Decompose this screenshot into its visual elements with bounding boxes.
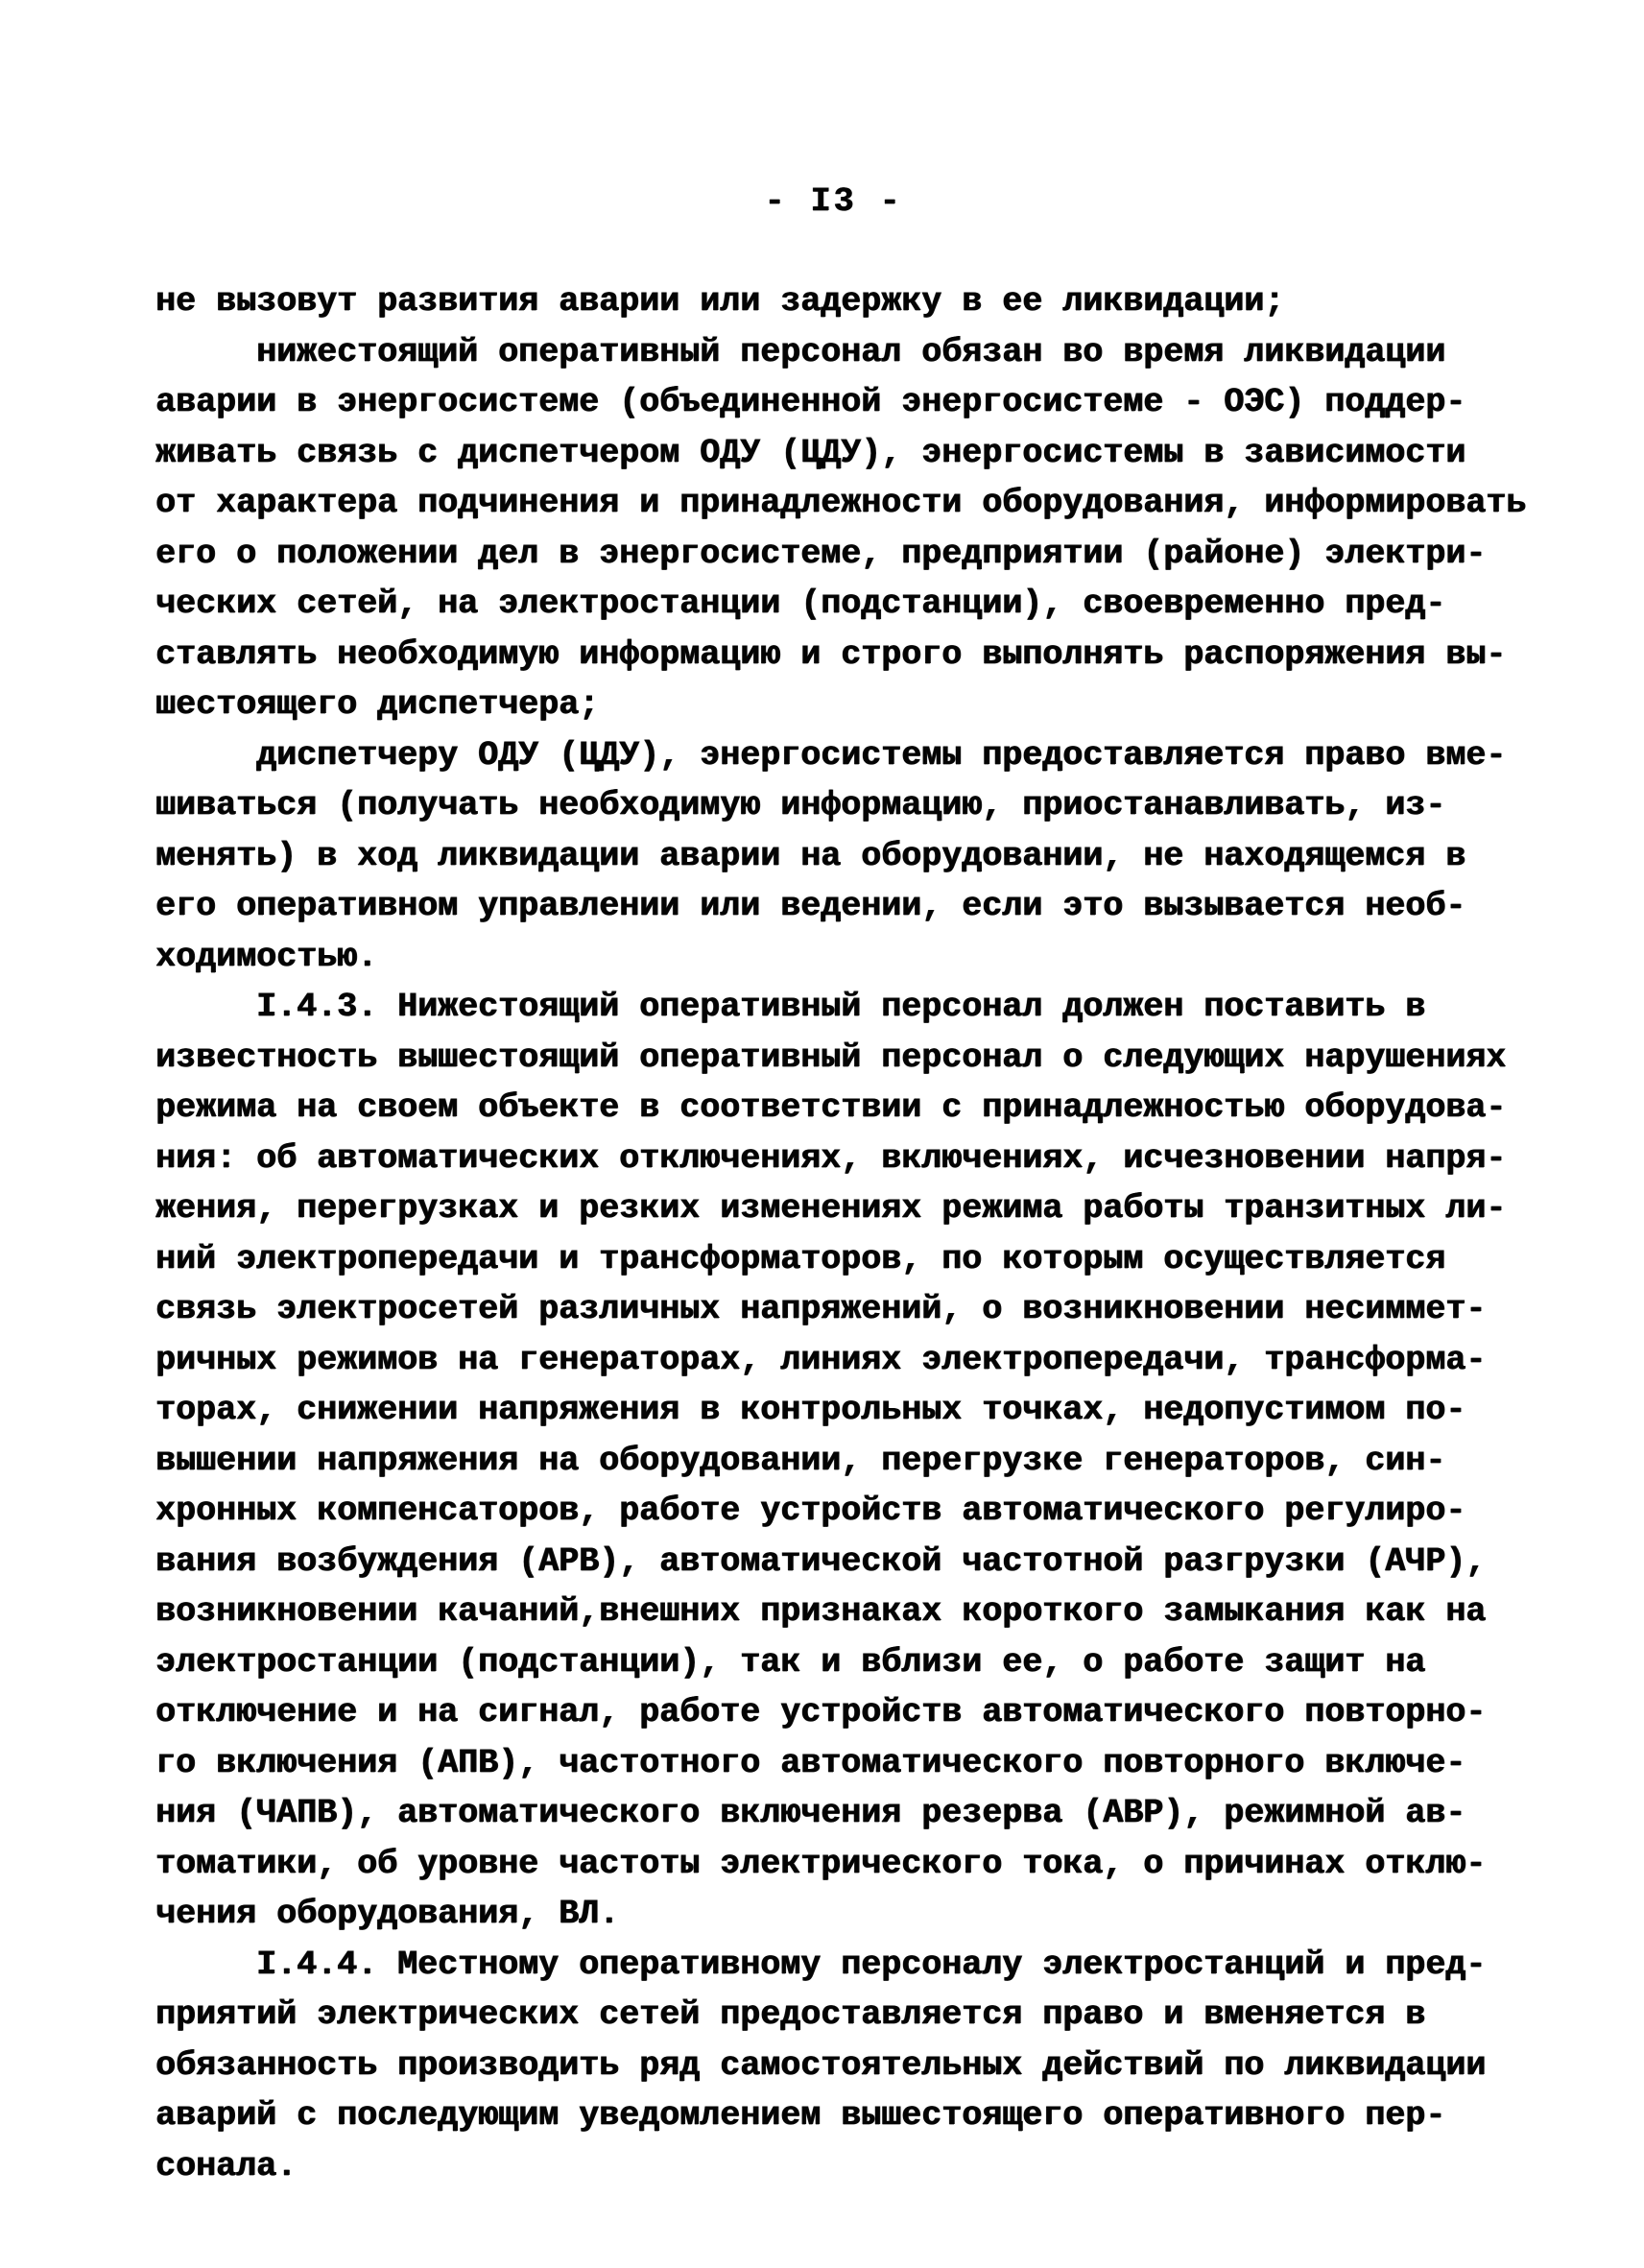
text-line: ния: об автоматических отключениях, вклю… — [155, 1134, 1576, 1184]
text-line: ричных режимов на генераторах, линиях эл… — [155, 1335, 1576, 1386]
text-line: жения, перегрузках и резких изменениях р… — [155, 1183, 1576, 1234]
text-line: шестоящего диспетчера; — [155, 680, 1576, 730]
text-line: шиваться (получать необходимую информаци… — [155, 780, 1576, 831]
page-number: - I3 - — [138, 182, 1529, 221]
text-line: живать связь с диспетчером ОДУ (ЦДУ), эн… — [155, 428, 1576, 479]
text-line: не вызовут развития аварии или задержку … — [155, 276, 1576, 327]
text-line: I.4.4. Местному оперативному персоналу э… — [155, 1940, 1576, 1991]
text-line: ний электропередачи и трансформаторов, п… — [155, 1234, 1576, 1285]
text-line: аварии в энергосистеме (объединенной эне… — [155, 377, 1576, 428]
text-line: нижестоящий оперативный персонал обязан … — [155, 327, 1576, 378]
text-line: менять) в ход ликвидации аварии на обору… — [155, 831, 1576, 882]
text-line: хронных компенсаторов, работе устройств … — [155, 1486, 1576, 1537]
text-line: I.4.3. Нижестоящий оперативный персонал … — [155, 982, 1576, 1033]
text-line: режима на своем объекте в соответствии с… — [155, 1083, 1576, 1134]
text-line: торах, снижении напряжения в контрольных… — [155, 1385, 1576, 1436]
text-line: приятий электрических сетей предоставляе… — [155, 1990, 1576, 2041]
text-line: известность вышестоящий оперативный перс… — [155, 1033, 1576, 1084]
text-line: диспетчеру ОДУ (ЦДУ), энергосистемы пред… — [155, 730, 1576, 781]
text-line: возникновении качаний,внешних признаках … — [155, 1587, 1576, 1637]
scanned-document-page: - I3 - не вызовут развития аварии или за… — [0, 0, 1644, 2268]
text-line: вышении напряжения на оборудовании, пере… — [155, 1436, 1576, 1487]
text-line: ческих сетей, на электростанции (подстан… — [155, 579, 1576, 630]
text-line: чения оборудования, ВЛ. — [155, 1889, 1576, 1940]
text-line: сонала. — [155, 2141, 1576, 2192]
text-line: аварий с последующим уведомлением вышест… — [155, 2090, 1576, 2141]
text-line: его оперативном управлении или ведении, … — [155, 881, 1576, 932]
text-line: электростанции (подстанции), так и вблиз… — [155, 1637, 1576, 1688]
text-line: ставлять необходимую информацию и строго… — [155, 630, 1576, 680]
text-line: вания возбуждения (АРВ), автоматической … — [155, 1537, 1576, 1588]
text-line: отключение и на сигнал, работе устройств… — [155, 1687, 1576, 1738]
text-line: связь электросетей различных напряжений,… — [155, 1284, 1576, 1335]
text-line: ходимостью. — [155, 932, 1576, 983]
text-line: от характера подчинения и принадлежности… — [155, 478, 1576, 529]
text-line: обязанность производить ряд самостоятель… — [155, 2041, 1576, 2091]
document-body: не вызовут развития аварии или задержку … — [155, 276, 1576, 2191]
text-line: томатики, об уровне частоты электрическо… — [155, 1839, 1576, 1890]
text-line: его о положении дел в энергосистеме, пре… — [155, 529, 1576, 580]
text-line: ния (ЧАПВ), автоматического включения ре… — [155, 1788, 1576, 1839]
text-line: го включения (АПВ), частотного автоматич… — [155, 1738, 1576, 1789]
